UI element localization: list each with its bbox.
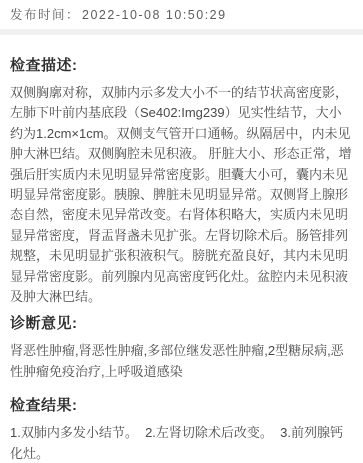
header-divider xyxy=(0,29,363,35)
exam-description-body: 双侧胸廓对称，双肺内示多发大小不一的结节状高密度影，左肺下叶前内基底段（Se40… xyxy=(10,83,352,307)
exam-result-title: 检查结果: xyxy=(10,396,352,415)
section-exam-description: 检查描述: 双侧胸廓对称，双肺内示多发大小不一的结节状高密度影，左肺下叶前内基底… xyxy=(10,56,352,307)
section-diagnosis-opinion: 诊断意见: 肾恶性肿瘤,肾恶性肿瘤,多部位继发恶性肿瘤,2型糖尿病,恶性肿瘤免疫… xyxy=(10,314,352,382)
exam-result-body: 1.双肺内多发小结节。 2.左肾切除术后改变。 3.前列腺钙化灶。 xyxy=(10,423,352,463)
exam-description-title: 检查描述: xyxy=(10,56,352,75)
report-content: 检查描述: 双侧胸廓对称，双肺内示多发大小不一的结节状高密度影，左肺下叶前内基底… xyxy=(0,56,363,463)
section-exam-result: 检查结果: 1.双肺内多发小结节。 2.左肾切除术后改变。 3.前列腺钙化灶。 xyxy=(10,396,352,463)
medical-report-page: 发布时间：2022-10-08 10:50:29 检查描述: 双侧胸廓对称，双肺… xyxy=(0,0,363,463)
publish-time-label: 发布时间： xyxy=(10,8,80,22)
publish-time-value: 2022-10-08 10:50:29 xyxy=(82,8,227,22)
diagnosis-opinion-title: 诊断意见: xyxy=(10,314,352,333)
diagnosis-opinion-body: 肾恶性肿瘤,肾恶性肿瘤,多部位继发恶性肿瘤,2型糖尿病,恶性肿瘤免疫治疗,上呼吸… xyxy=(10,341,352,382)
publish-time-row: 发布时间：2022-10-08 10:50:29 xyxy=(0,0,363,29)
